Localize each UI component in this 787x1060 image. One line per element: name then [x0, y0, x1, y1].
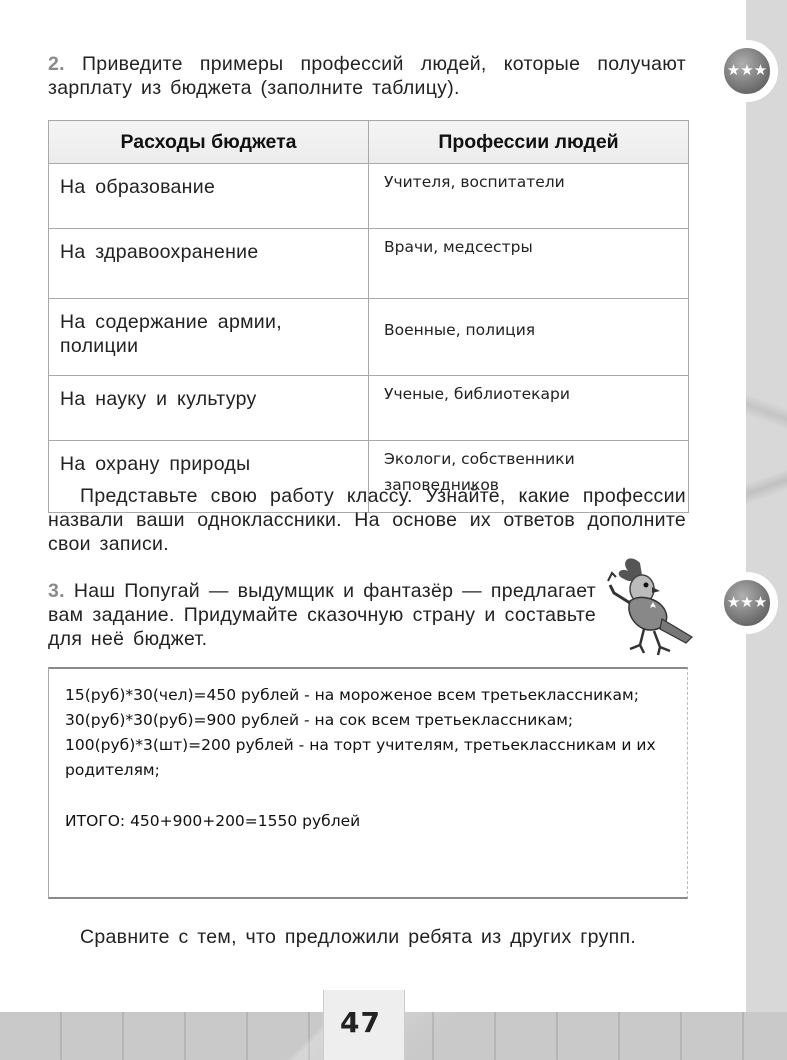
budget-professions-table: Расходы бюджета Профессии людей На образ… [48, 120, 689, 513]
expense-cell: На здравоохранение [49, 229, 369, 299]
table-row: На образование Учителя, воспитатели [49, 164, 689, 229]
column-header-professions: Профессии людей [369, 121, 689, 164]
page-side-margin [746, 0, 787, 1060]
task2-prompt: 2. Приведите примеры профессий людей, ко… [48, 52, 686, 100]
task2-number: 2. [48, 53, 65, 75]
expense-cell: На науку и культуру [49, 376, 369, 441]
professions-cell[interactable]: Военные, полиция [369, 299, 689, 376]
expense-cell: На образование [49, 164, 369, 229]
professions-cell[interactable]: Врачи, медсестры [369, 229, 689, 299]
stars-badge-icon: ★★★ [716, 572, 778, 634]
table-row: На здравоохранение Врачи, медсестры [49, 229, 689, 299]
task3-number: 3. [48, 580, 65, 602]
task3-followup: Сравните с тем, что предложили ребята из… [48, 925, 686, 949]
task3-text: Наш Попугай — выдумщик и фантазёр — пред… [48, 580, 596, 650]
page-number: 47 [340, 1006, 400, 1039]
budget-answer-box[interactable]: 15(руб)*30(чел)=450 рублей - на морожено… [48, 667, 688, 899]
table-row: На содержание армии, полиции Военные, по… [49, 299, 689, 376]
expense-cell: На содержание армии, полиции [49, 299, 369, 376]
answer-line: 30(руб)*30(руб)=900 рублей - на сок всем… [65, 708, 695, 733]
task3-prompt: 3. Наш Попугай — выдумщик и фантазёр — п… [48, 579, 596, 651]
answer-total: ИТОГО: 450+900+200=1550 рублей [65, 809, 695, 834]
table-row: На науку и культуру Ученые, библиотекари [49, 376, 689, 441]
column-header-expenses: Расходы бюджета [49, 121, 369, 164]
task2-text: Приведите примеры профессий людей, котор… [48, 53, 686, 99]
professions-cell[interactable]: Учителя, воспитатели [369, 164, 689, 229]
parrot-illustration-icon [600, 553, 695, 663]
answer-line: 15(руб)*30(чел)=450 рублей - на морожено… [65, 683, 695, 708]
answer-line: родителям; [65, 758, 695, 783]
professions-cell[interactable]: Ученые, библиотекари [369, 376, 689, 441]
task2-followup: Представьте свою работу классу. Узнайте,… [48, 484, 686, 556]
answer-line: 100(руб)*3(шт)=200 рублей - на торт учит… [65, 733, 695, 758]
stars-badge-icon: ★★★ [716, 40, 778, 102]
